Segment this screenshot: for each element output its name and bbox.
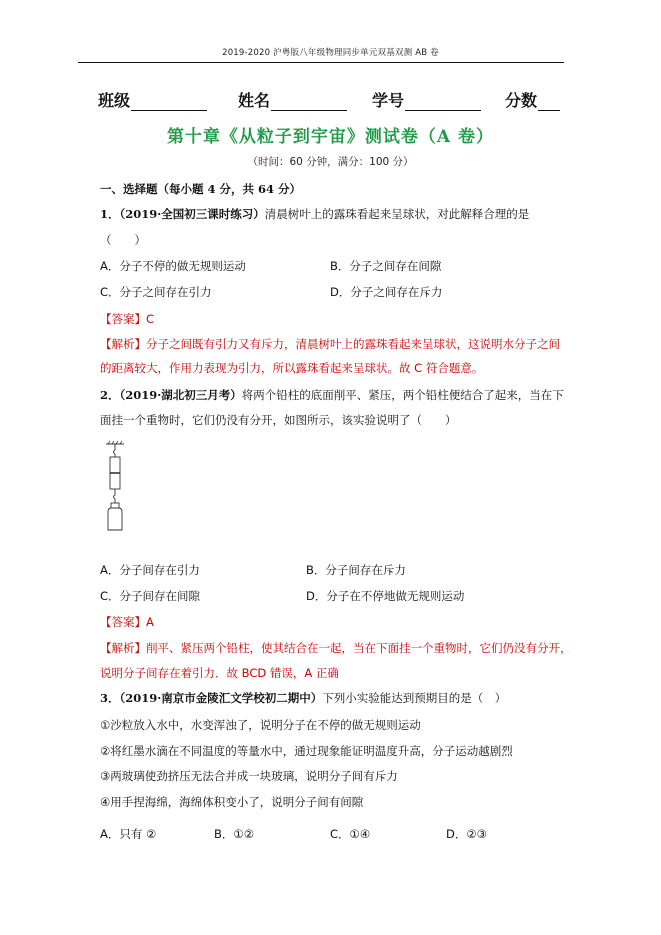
q2-answer: 【答案】A bbox=[100, 614, 154, 630]
option-letter: B． bbox=[330, 259, 349, 273]
class-blank[interactable] bbox=[131, 92, 207, 111]
analysis-label: 【解析】 bbox=[100, 641, 146, 655]
score-blank[interactable] bbox=[538, 92, 560, 111]
page-subtitle: （时间：60 分钟，满分：100 分） bbox=[0, 154, 661, 169]
answer-label: 【答案】 bbox=[100, 615, 146, 629]
q3-statement-1: ①沙粒放入水中，水变浑浊了，说明分子在不停的做无规则运动 bbox=[100, 717, 421, 733]
option-letter: A． bbox=[100, 563, 119, 577]
question-number: 1． bbox=[100, 207, 120, 221]
option-text: 分子间存在引力 bbox=[119, 563, 200, 577]
option-text: 分子在不停地做无规则运动 bbox=[326, 589, 464, 603]
q1-analysis-line-1: 【解析】分子之间既有引力又有斥力，清晨树叶上的露珠看起来呈球状，这说明水分子之间 bbox=[100, 336, 560, 352]
option-text: 分子之间存在斥力 bbox=[350, 285, 442, 299]
option-text: 分子间存在斥力 bbox=[325, 563, 406, 577]
info-name: 姓名 bbox=[238, 88, 347, 111]
option-letter: D． bbox=[446, 827, 466, 841]
q2-option-d: D．分子在不停地做无规则运动 bbox=[306, 588, 464, 604]
name-blank[interactable] bbox=[271, 92, 347, 111]
q2-option-a: A．分子间存在引力 bbox=[100, 562, 200, 578]
q1-option-b: B．分子之间存在间隙 bbox=[330, 258, 441, 274]
q3-option-a: A．只有 ② bbox=[100, 826, 156, 842]
q3-option-c: C．①④ bbox=[330, 826, 370, 842]
option-letter: D． bbox=[306, 589, 326, 603]
page-title: 第十章《从粒子到宇宙》测试卷（A 卷） bbox=[0, 122, 661, 147]
q3-statement-4: ④用手捏海绵，海绵体积变小了，说明分子间有间隙 bbox=[100, 794, 363, 810]
question-1-stem: 1．（2019·全国初三课时练习）清晨树叶上的露珠看起来呈球状，对此解释合理的是 bbox=[100, 206, 529, 222]
option-letter: B． bbox=[214, 827, 233, 841]
lead-cylinders-figure bbox=[100, 440, 130, 550]
running-header: 2019-2020 沪粤版八年级物理同步单元双基双测 AB 卷 bbox=[0, 46, 661, 58]
question-source: （2019·湖北初三月考） bbox=[120, 388, 242, 402]
student-info-row: 班级 姓名 学号 分数 bbox=[98, 88, 568, 112]
option-text: ①② bbox=[233, 827, 254, 841]
option-letter: A． bbox=[100, 827, 119, 841]
analysis-text: 分子之间既有引力又有斥力，清晨树叶上的露珠看起来呈球状，这说明水分子之间 bbox=[146, 337, 560, 351]
q3-statement-2: ②将红墨水滴在不同温度的等量水中，通过现象能证明温度升高，分子运动越剧烈 bbox=[100, 743, 513, 759]
option-text: 分子不停的做无规则运动 bbox=[119, 259, 246, 273]
q1-analysis-line-2: 的距离较大，作用力表现为引力，所以露珠看起来呈球状。故 C 符合题意。 bbox=[100, 360, 483, 376]
q2-analysis-line-1: 【解析】削平、紧压两个铅柱，使其结合在一起，当在下面挂一个重物时，它们仍没有分开… bbox=[100, 640, 572, 656]
option-letter: C． bbox=[330, 827, 350, 841]
question-number: 2． bbox=[100, 388, 120, 402]
section-heading: 一、选择题（每小题 4 分，共 64 分） bbox=[100, 181, 301, 197]
option-letter: A． bbox=[100, 259, 119, 273]
info-student-id: 学号 bbox=[372, 88, 481, 111]
question-2-stem-cont: 面挂一个重物时，它们仍没有分开，如图所示，该实验说明了（ ） bbox=[100, 412, 457, 428]
answer-value: C bbox=[146, 312, 154, 326]
info-label: 姓名 bbox=[238, 88, 270, 111]
document-page: 2019-2020 沪粤版八年级物理同步单元双基双测 AB 卷 班级 姓名 学号… bbox=[0, 0, 661, 935]
analysis-label: 【解析】 bbox=[100, 337, 146, 351]
info-label: 学号 bbox=[372, 88, 404, 111]
question-source: （2019·南京市金陵汇文学校初二期中） bbox=[120, 691, 323, 705]
option-letter: B． bbox=[306, 563, 325, 577]
option-text: ①④ bbox=[350, 827, 371, 841]
q2-analysis-line-2: 说明分子间存在着引力．故 BCD 错误，A 正确 bbox=[100, 665, 339, 681]
q2-option-c: C．分子间存在间隙 bbox=[100, 588, 200, 604]
question-text: 下列小实验能达到预期目的是（ ） bbox=[322, 691, 506, 705]
q1-option-d: D．分子之间存在斥力 bbox=[330, 284, 442, 300]
q1-option-a: A．分子不停的做无规则运动 bbox=[100, 258, 246, 274]
option-text: 分子间存在间隙 bbox=[120, 589, 201, 603]
info-label: 分数 bbox=[505, 88, 537, 111]
q3-statement-3: ③两玻璃使劲挤压无法合并成一块玻璃，说明分子间有斥力 bbox=[100, 768, 398, 784]
answer-label: 【答案】 bbox=[100, 312, 146, 326]
info-score: 分数 bbox=[505, 88, 560, 111]
student-id-blank[interactable] bbox=[405, 92, 481, 111]
info-class: 班级 bbox=[98, 88, 207, 111]
option-letter: C． bbox=[100, 589, 120, 603]
q1-option-c: C．分子之间存在引力 bbox=[100, 284, 212, 300]
question-2-stem: 2．（2019·湖北初三月考）将两个铅柱的底面削平、紧压，两个铅柱便结合了起来，… bbox=[100, 387, 564, 403]
q2-option-b: B．分子间存在斥力 bbox=[306, 562, 406, 578]
q3-option-b: B．①② bbox=[214, 826, 254, 842]
option-letter: C． bbox=[100, 285, 120, 299]
analysis-text: 削平、紧压两个铅柱，使其结合在一起，当在下面挂一个重物时，它们仍没有分开， bbox=[146, 641, 572, 655]
option-letter: D． bbox=[330, 285, 350, 299]
option-text: ②③ bbox=[466, 827, 487, 841]
question-1-blank: （ ） bbox=[100, 232, 146, 248]
option-text: 分子之间存在间隙 bbox=[349, 259, 441, 273]
answer-value: A bbox=[146, 615, 154, 629]
option-text: 只有 ② bbox=[119, 827, 156, 841]
q1-answer: 【答案】C bbox=[100, 311, 154, 327]
question-3-stem: 3．（2019·南京市金陵汇文学校初二期中）下列小实验能达到预期目的是（ ） bbox=[100, 690, 506, 706]
question-text: 清晨树叶上的露珠看起来呈球状，对此解释合理的是 bbox=[265, 207, 530, 221]
question-source: （2019·全国初三课时练习） bbox=[120, 207, 265, 221]
option-text: 分子之间存在引力 bbox=[120, 285, 212, 299]
q3-option-d: D．②③ bbox=[446, 826, 487, 842]
question-text: 将两个铅柱的底面削平、紧压，两个铅柱便结合了起来，当在下 bbox=[242, 388, 564, 402]
info-label: 班级 bbox=[98, 88, 130, 111]
header-rule bbox=[78, 62, 564, 63]
question-number: 3． bbox=[100, 691, 120, 705]
